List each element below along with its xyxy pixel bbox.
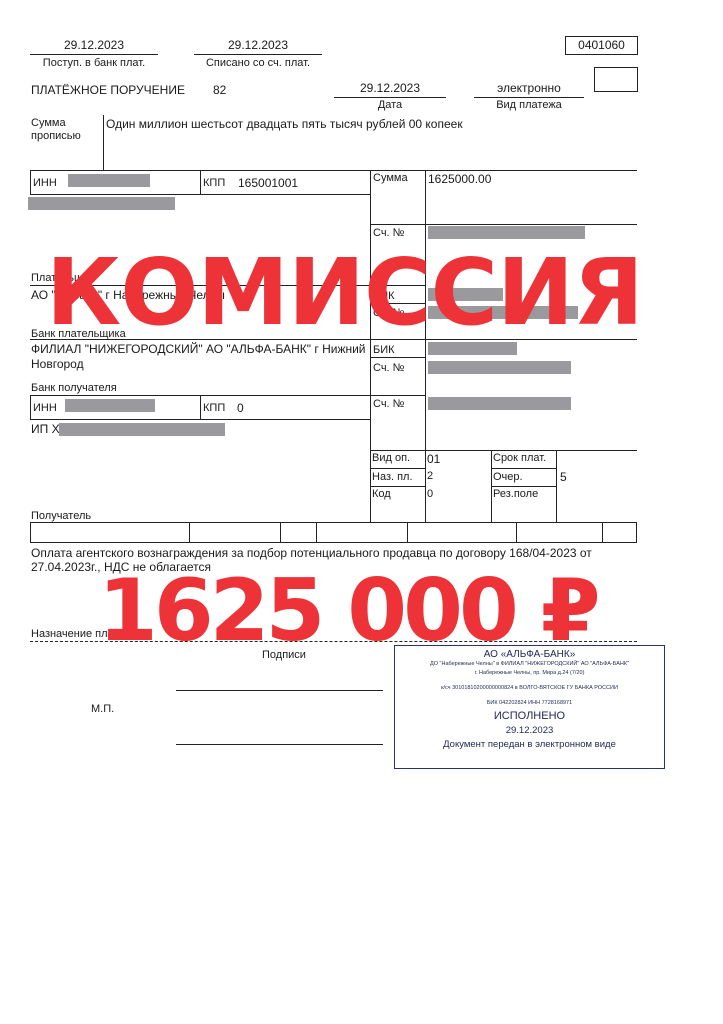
stamp-correspondent-account: к/сч 30101810200000000824 в ВОЛГО-ВЯТСКО… — [395, 684, 664, 693]
divider — [407, 522, 408, 543]
divider — [30, 54, 158, 55]
payer-kpp-label: КПП — [203, 177, 225, 189]
divider — [370, 486, 425, 487]
divider — [103, 115, 104, 170]
divider — [334, 97, 446, 98]
ocher-label: Очер. — [493, 471, 523, 483]
divider — [556, 450, 557, 522]
recipient-account-redacted — [428, 397, 571, 410]
divider — [370, 450, 637, 451]
debited-date-label: Списано со сч. плат. — [194, 57, 322, 69]
naz-pl-label: Наз. пл. — [372, 471, 413, 483]
divider — [602, 522, 603, 543]
debited-date: 29.12.2023 — [194, 38, 322, 52]
recipient-bank-account-label: Сч. № — [373, 362, 404, 374]
overlay-amount: 1625 000 ₽ — [98, 568, 597, 654]
doc-date: 29.12.2023 — [334, 81, 446, 95]
stamp-note: Документ передан в электронном виде — [395, 739, 664, 750]
tax-fields-row — [30, 522, 637, 543]
divider — [370, 224, 637, 225]
signature-line — [176, 690, 383, 691]
divider — [280, 522, 281, 543]
divider — [370, 395, 425, 396]
divider — [316, 522, 317, 543]
stamp-address-line: г. Набережные Челны, пр. Мира д.24 (7/20… — [395, 669, 664, 678]
divider — [516, 522, 517, 543]
divider — [425, 170, 426, 522]
srok-label: Срок плат. — [493, 452, 546, 464]
recipient-bank-name: ФИЛИАЛ "НИЖЕГОРОДСКИЙ" АО "АЛЬФА-БАНК" г… — [31, 342, 367, 372]
payment-type-label: Вид платежа — [474, 99, 584, 111]
overlay-title: КОМИССИЯ — [46, 247, 643, 339]
kod-label: Код — [372, 488, 391, 500]
signature-line — [176, 744, 383, 745]
divider — [194, 54, 322, 55]
doc-number: 82 — [213, 83, 226, 97]
divider — [474, 97, 584, 98]
bank-stamp: АО «АЛЬФА-БАНК» ДО "Набережные Челны" в … — [394, 645, 665, 769]
recipient-bank-label: Банк получателя — [31, 382, 117, 394]
doc-date-label: Дата — [334, 99, 446, 111]
vid-op-value: 01 — [427, 452, 440, 466]
payer-inn-redacted — [68, 174, 150, 187]
received-date-label: Поступ. в банк плат. — [30, 57, 158, 69]
divider — [189, 522, 190, 543]
naz-pl-value: 2 — [427, 470, 433, 482]
recipient-inn-redacted — [65, 399, 155, 412]
divider — [491, 468, 556, 469]
stamp-date: 29.12.2023 — [395, 725, 664, 736]
payer-inn-label: ИНН — [33, 177, 57, 189]
form-code: 0401060 — [565, 36, 638, 55]
payer-account-label: Сч. № — [373, 227, 404, 239]
payer-name-redacted — [28, 197, 175, 210]
payer-account-redacted — [428, 226, 585, 239]
recipient-kpp-value: 0 — [237, 401, 244, 415]
kod-value: 0 — [427, 488, 433, 500]
stamp-bik-inn: БИК 042202824 ИНН 7728168971 — [395, 699, 664, 708]
payment-type: электронно — [474, 81, 584, 95]
divider — [370, 468, 425, 469]
empty-box — [594, 67, 638, 92]
amount-words-label: Сумма прописью — [31, 117, 97, 143]
recipient-name-redacted — [59, 423, 225, 436]
divider — [491, 486, 556, 487]
amount-words-value: Один миллион шестьсот двадцать пять тыся… — [106, 117, 463, 131]
received-date: 29.12.2023 — [30, 38, 158, 52]
recipient-kpp-cell — [200, 395, 371, 420]
recipient-name-prefix: ИП Х — [31, 422, 60, 436]
recipient-label: Получатель — [31, 510, 91, 522]
divider — [370, 170, 371, 522]
rez-label: Рез.поле — [493, 488, 538, 500]
amount-label: Сумма — [373, 172, 408, 184]
divider — [370, 357, 425, 358]
ocher-value: 5 — [560, 470, 567, 484]
recipient-account-label: Сч. № — [373, 398, 404, 410]
doc-title: ПЛАТЁЖНОЕ ПОРУЧЕНИЕ — [31, 83, 185, 97]
recipient-bank-account-redacted — [428, 361, 571, 374]
amount-value: 1625000.00 — [428, 172, 491, 186]
stamp-branch-line: ДО "Набережные Челны" в ФИЛИАЛ "НИЖЕГОРО… — [395, 660, 664, 669]
stamp-place-label: М.П. — [91, 703, 114, 715]
recipient-inn-label: ИНН — [33, 402, 57, 414]
recipient-kpp-label: КПП — [203, 402, 225, 414]
payer-kpp-value: 165001001 — [238, 176, 298, 190]
stamp-status: ИСПОЛНЕНО — [395, 710, 664, 722]
vid-op-label: Вид оп. — [372, 452, 410, 464]
